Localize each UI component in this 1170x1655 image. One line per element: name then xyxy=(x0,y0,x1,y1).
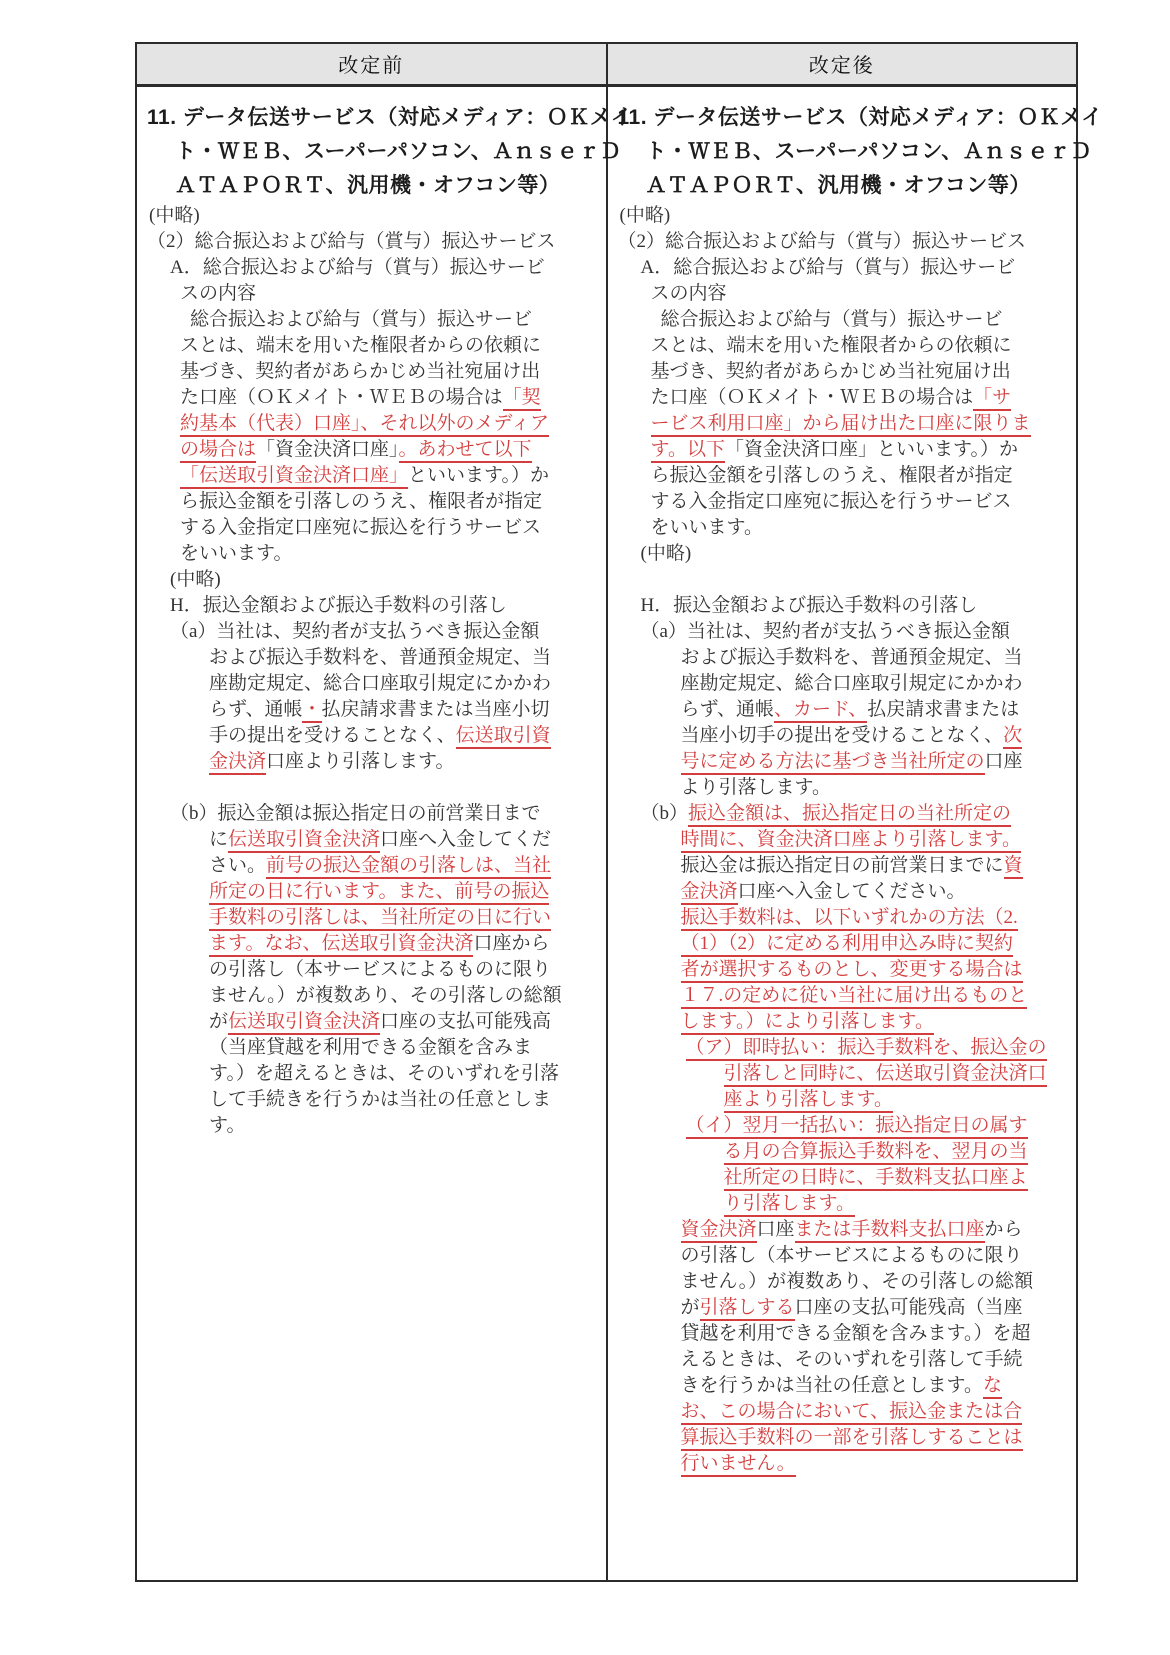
body-text: の引落し（本サービスによるものに限り xyxy=(681,1245,1023,1266)
body-text: えるときは、そのいずれを引落して手続 xyxy=(681,1349,1023,1370)
body-text: スの内容 xyxy=(180,283,256,304)
text-line: 引落しと同時に、伝送取引資金決済口 xyxy=(618,1061,1073,1087)
revision-marked-text: 前号の振込金額の引落しは、当社 xyxy=(266,855,551,879)
document-page: 改定前 改定後 11. データ伝送サービス（対応メディア：ＯＫメイト・ＷＥＢ、ス… xyxy=(0,0,1170,1655)
revision-marked-text: します。）により引落します。 xyxy=(681,1011,934,1035)
body-text: （当座貸越を利用できる金額を含みま xyxy=(209,1037,532,1058)
revision-marked-text: 伝送取引資金決済 xyxy=(228,1011,380,1035)
text-line: た口座（ＯＫメイト・ＷＥＢの場合は「サ xyxy=(618,385,1073,411)
text-line: 振込手数料は、以下いずれかの方法（2. xyxy=(618,905,1073,931)
body-text: 払戻請求書または当座小切 xyxy=(322,699,550,720)
text-line: の場合は「資金決済口座」。あわせて以下 xyxy=(147,437,602,463)
body-text: および振込手数料を、普通預金規定、当 xyxy=(209,647,551,668)
body-text: す。）を超えるときは、そのいずれを引落 xyxy=(209,1063,559,1084)
body-text: スとは、端末を用いた権限者からの依頼に xyxy=(651,335,1012,356)
text-line: 当座小切手の提出を受けることなく、次 xyxy=(618,723,1073,749)
text-line: す。以下「資金決済口座」といいます。）か xyxy=(618,437,1073,463)
revision-marked-text: る月の合算振込手数料を、翌月の当 xyxy=(724,1141,1028,1165)
revision-marked-text: 算振込手数料の一部を引落しすることは xyxy=(681,1427,1023,1451)
text-line: （2）総合振込および給与（賞与）振込サービス xyxy=(618,229,1073,255)
body-text: た口座（ＯＫメイト・ＷＥＢの場合は xyxy=(180,387,503,408)
text-line: ら振込金額を引落しのうえ、権限者が指定 xyxy=(618,463,1073,489)
section-heading-text: 11. xyxy=(147,106,183,129)
text-line: 11. データ伝送サービス（対応メディア：ＯＫメイ xyxy=(618,101,1073,135)
text-line: （b）振込金額は、振込指定日の当社所定の xyxy=(618,801,1073,827)
text-line: 約基本（代表）口座」、それ以外のメディア xyxy=(147,411,602,437)
text-line: （a）当社は、契約者が支払うべき振込金額 xyxy=(618,619,1073,645)
revision-marked-text: 金決済 xyxy=(209,751,266,775)
text-line: および振込手数料を、普通預金規定、当 xyxy=(618,645,1073,671)
text-line: ト・ＷＥＢ、スーパーパソコン、ＡｎｓｅｒＤ xyxy=(147,135,602,169)
body-text: スの内容 xyxy=(651,283,727,304)
section-heading-text: データ伝送サービス（対応メディア：ＯＫメイ xyxy=(183,106,632,129)
body-text: らず、通帳 xyxy=(681,699,774,720)
text-line: 時間に、資金決済口座より引落します。 xyxy=(618,827,1073,853)
revision-marked-text: 資 xyxy=(1004,855,1023,879)
text-line: （2）総合振込および給与（賞与）振込サービス xyxy=(147,229,602,255)
text-line: 座より引落します。 xyxy=(618,1087,1073,1113)
text-line: をいいます。 xyxy=(147,541,602,567)
text-line: 算振込手数料の一部を引落しすることは xyxy=(618,1425,1073,1451)
text-line: ません。）が複数あり、その引落しの総額 xyxy=(147,983,602,1009)
body-text: して手続きを行うかは当社の任意としま xyxy=(209,1089,551,1110)
section-heading-text: 11. xyxy=(618,106,654,129)
text-line: ます。なお、伝送取引資金決済口座から xyxy=(147,931,602,957)
body-text: から xyxy=(985,1219,1023,1240)
section-heading-text: ト・ＷＥＢ、スーパーパソコン、ＡｎｓｅｒＤ xyxy=(175,140,621,163)
body-text: 総合振込および給与（賞与）振込サービ xyxy=(661,309,1003,330)
text-line: 社所定の日時に、手数料支払口座よ xyxy=(618,1165,1073,1191)
body-text: 総合振込および給与（賞与）振込サービ xyxy=(190,309,532,330)
body-text: が xyxy=(209,1011,228,1032)
body-text: （2）総合振込および給与（賞与）振込サービス xyxy=(618,231,1027,252)
text-line: 手の提出を受けることなく、伝送取引資 xyxy=(147,723,602,749)
text-line: スとは、端末を用いた権限者からの依頼に xyxy=(618,333,1073,359)
text-line: をいいます。 xyxy=(618,515,1073,541)
body-text: (中略) xyxy=(620,205,671,226)
text-line: (中略) xyxy=(147,567,602,593)
revision-marked-text: 金決済 xyxy=(681,881,738,905)
body-text: らず、通帳 xyxy=(209,699,302,720)
text-line: が伝送取引資金決済口座の支払可能残高 xyxy=(147,1009,602,1035)
body-text: 基づき、契約者があらかじめ当社宛届け出 xyxy=(651,361,1011,382)
text-line: （当座貸越を利用できる金額を含みま xyxy=(147,1035,602,1061)
revision-marked-text: ・ xyxy=(302,699,321,723)
body-text: 口座へ入金してくだ xyxy=(380,829,551,850)
text-line: の引落し（本サービスによるものに限り xyxy=(618,1243,1073,1269)
text-line: H．振込金額および振込手数料の引落し xyxy=(618,593,1073,619)
body-text: A．総合振込および給与（賞与）振込サービ xyxy=(170,257,545,278)
revision-marked-text: な xyxy=(983,1375,1002,1399)
body-text: （a）当社は、契約者が支払うべき振込金額 xyxy=(170,621,539,642)
text-line: ＡＴＡＰＯＲＴ、汎用機・オフコン等） xyxy=(618,169,1073,203)
body-text: さい。 xyxy=(209,855,266,876)
text-line: より引落します。 xyxy=(618,775,1073,801)
revision-marked-text: 座より引落します。 xyxy=(724,1089,893,1113)
body-text: ません。）が複数あり、その引落しの総額 xyxy=(209,985,562,1006)
body-text: た口座（ＯＫメイト・ＷＥＢの場合は xyxy=(651,387,974,408)
section-heading-text: データ伝送サービス（対応メディア：ＯＫメイ xyxy=(653,106,1102,129)
body-text: 貸越を利用できる金額を含みます。）を超 xyxy=(681,1323,1031,1344)
text-line: きを行うかは当社の任意とします。な xyxy=(618,1373,1073,1399)
body-text: の引落し（本サービスによるものに限り xyxy=(209,959,551,980)
revision-marked-text: 社所定の日時に、手数料支払口座よ xyxy=(724,1167,1028,1191)
body-text: が xyxy=(681,1297,700,1318)
body-text: 口座の支払可能残高（当座 xyxy=(795,1297,1023,1318)
body-text: H．振込金額および振込手数料の引落し xyxy=(170,595,507,616)
revision-marked-text: 引落しと同時に、伝送取引資金決済口 xyxy=(724,1063,1047,1087)
text-line: ません。）が複数あり、その引落しの総額 xyxy=(618,1269,1073,1295)
body-text: スとは、端末を用いた権限者からの依頼に xyxy=(180,335,541,356)
revision-marked-text: 者が選択するものとし、変更する場合は xyxy=(681,959,1023,983)
body-text: 口座の支払可能残高 xyxy=(380,1011,551,1032)
text-line: る月の合算振込手数料を、翌月の当 xyxy=(618,1139,1073,1165)
text-line: 基づき、契約者があらかじめ当社宛届け出 xyxy=(618,359,1073,385)
text-line: 手数料の引落しは、当社所定の日に行い xyxy=(147,905,602,931)
text-line: 基づき、契約者があらかじめ当社宛届け出 xyxy=(147,359,602,385)
revision-comparison-table: 改定前 改定後 11. データ伝送サービス（対応メディア：ＯＫメイト・ＷＥＢ、ス… xyxy=(135,42,1078,1582)
text-line: ト・ＷＥＢ、スーパーパソコン、ＡｎｓｅｒＤ xyxy=(618,135,1073,169)
revision-marked-text: 「サ xyxy=(973,387,1011,411)
text-line: します。）により引落します。 xyxy=(618,1009,1073,1035)
revision-marked-text: 振込手数料は、以下いずれかの方法（2. xyxy=(681,907,1018,931)
text-line: １７.の定めに従い当社に届け出るものと xyxy=(618,983,1073,1009)
body-text: (中略) xyxy=(641,543,692,564)
text-line: り引落します。 xyxy=(618,1191,1073,1217)
body-text: 座勘定規定、総合口座取引規定にかかわ xyxy=(681,673,1023,694)
body-text: 口座から xyxy=(473,933,549,954)
text-line: の引落し（本サービスによるものに限り xyxy=(147,957,602,983)
revision-marked-text: 「契 xyxy=(503,387,541,411)
body-text: 座勘定規定、総合口座取引規定にかかわ xyxy=(209,673,551,694)
text-line: ＡＴＡＰＯＲＴ、汎用機・オフコン等） xyxy=(147,169,602,203)
section-heading-text: ト・ＷＥＢ、スーパーパソコン、ＡｎｓｅｒＤ xyxy=(646,140,1092,163)
body-text: きを行うかは当社の任意とします。 xyxy=(681,1375,983,1396)
revision-marked-text: 伝送取引資金決済 xyxy=(228,829,380,853)
text-line: さい。前号の振込金額の引落しは、当社 xyxy=(147,853,602,879)
body-text: （2）総合振込および給与（賞与）振込サービス xyxy=(147,231,556,252)
text-line: 総合振込および給与（賞与）振込サービ xyxy=(147,307,602,333)
text-line: （1）（2）に定める利用申込み時に契約 xyxy=(618,931,1073,957)
text-line: (中略) xyxy=(147,203,602,229)
column-header-after: 改定後 xyxy=(607,43,1078,85)
text-line: ら振込金額を引落しのうえ、権限者が指定 xyxy=(147,489,602,515)
revision-marked-text: （1）（2）に定める利用申込み時に契約 xyxy=(681,933,1014,957)
text-line: (中略) xyxy=(618,203,1073,229)
revision-marked-text: 次 xyxy=(1003,725,1022,749)
body-text: する入金指定口座宛に振込を行うサービス xyxy=(651,491,1012,512)
body-text: （b）振込金額は振込指定日の前営業日まで xyxy=(170,803,541,824)
body-text: H．振込金額および振込手数料の引落し xyxy=(641,595,978,616)
body-text: および振込手数料を、普通預金規定、当 xyxy=(681,647,1023,668)
text-line: ービス利用口座」から届け出た口座に限りま xyxy=(618,411,1073,437)
text-line: お、この場合において、振込金または合 xyxy=(618,1399,1073,1425)
text-line: して手続きを行うかは当社の任意としま xyxy=(147,1087,602,1113)
text-line: （ア）即時払い：振込手数料を、振込金の xyxy=(618,1035,1073,1061)
text-line: らず、通帳・払戻請求書または当座小切 xyxy=(147,697,602,723)
text-line: らず、通帳、カード、払戻請求書または xyxy=(618,697,1073,723)
revision-marked-text: 約基本（代表）口座」、それ以外のメディア xyxy=(180,413,549,437)
revision-marked-text: 「伝送取引資金決済口座」 xyxy=(180,465,408,489)
after-column-cell: 11. データ伝送サービス（対応メディア：ＯＫメイト・ＷＥＢ、スーパーパソコン、… xyxy=(607,85,1078,1581)
text-line: および振込手数料を、普通預金規定、当 xyxy=(147,645,602,671)
text-line: する入金指定口座宛に振込を行うサービス xyxy=(147,515,602,541)
body-text: (中略) xyxy=(170,569,221,590)
text-line: スの内容 xyxy=(147,281,602,307)
body-text: ません。）が複数あり、その引落しの総額 xyxy=(681,1271,1034,1292)
body-text: 「資金決済口座」 xyxy=(256,439,399,460)
text-line: スの内容 xyxy=(618,281,1073,307)
text-line: （b）振込金額は振込指定日の前営業日まで xyxy=(147,801,602,827)
text-line: 座勘定規定、総合口座取引規定にかかわ xyxy=(618,671,1073,697)
body-text: する入金指定口座宛に振込を行うサービス xyxy=(180,517,541,538)
text-line: た口座（ＯＫメイト・ＷＥＢの場合は「契 xyxy=(147,385,602,411)
body-text: 口座 xyxy=(757,1219,795,1240)
body-text: といいます。）か xyxy=(408,465,549,486)
text-line: 「伝送取引資金決済口座」といいます。）か xyxy=(147,463,602,489)
text-line: (中略) xyxy=(618,541,1073,567)
revision-marked-text: 行いません。 xyxy=(681,1453,796,1477)
section-heading-text: ＡＴＡＰＯＲＴ、汎用機・オフコン等） xyxy=(646,174,1031,197)
text-line: 号に定める方法に基づき当社所定の口座 xyxy=(618,749,1073,775)
revision-marked-text: ます。なお、伝送取引資金決済 xyxy=(209,933,473,957)
text-line: 総合振込および給与（賞与）振込サービ xyxy=(618,307,1073,333)
revision-marked-text: （ア）即時払い：振込手数料を、振込金の xyxy=(686,1037,1047,1061)
body-text: 基づき、契約者があらかじめ当社宛届け出 xyxy=(180,361,540,382)
text-line: 座勘定規定、総合口座取引規定にかかわ xyxy=(147,671,602,697)
body-text: より引落します。 xyxy=(681,777,831,798)
revision-marked-text: 号に定める方法に基づき当社所定の xyxy=(681,751,985,775)
revision-marked-text: 振込金額は、振込指定日の当社所定の xyxy=(688,803,1011,827)
revision-marked-text: 資金決済 xyxy=(681,1219,757,1243)
body-text: A．総合振込および給与（賞与）振込サービ xyxy=(641,257,1016,278)
revision-marked-text: の場合は xyxy=(180,439,256,463)
text-line: 所定の日に行います。また、前号の振込 xyxy=(147,879,602,905)
revision-marked-text: 。あわせて以下 xyxy=(399,439,532,463)
revision-marked-text: 時間に、資金決済口座より引落します。 xyxy=(681,829,1021,853)
body-text: 口座 xyxy=(985,751,1023,772)
text-line: 金決済口座より引落します。 xyxy=(147,749,602,775)
table-header-row: 改定前 改定後 xyxy=(136,43,1077,85)
section-heading-text: ＡＴＡＰＯＲＴ、汎用機・オフコン等） xyxy=(175,174,560,197)
revision-marked-text: り引落します。 xyxy=(724,1193,855,1217)
revision-marked-text: 伝送取引資 xyxy=(456,725,551,749)
body-text: 口座へ入金してください。 xyxy=(738,881,966,902)
body-text: 払戻請求書または xyxy=(867,699,1019,720)
text-line: A．総合振込および給与（賞与）振込サービ xyxy=(147,255,602,281)
body-text: 「資金決済口座」といいます。）か xyxy=(725,439,1018,460)
body-text: （b） xyxy=(641,803,689,824)
text-line: 者が選択するものとし、変更する場合は xyxy=(618,957,1073,983)
body-text: す。 xyxy=(209,1115,245,1136)
revision-marked-text: ービス利用口座」から届け出た口座に限りま xyxy=(651,413,1031,437)
text-line: スとは、端末を用いた権限者からの依頼に xyxy=(147,333,602,359)
text-line: が引落しする口座の支払可能残高（当座 xyxy=(618,1295,1073,1321)
revision-marked-text: （イ）翌月一括払い：振込指定日の属す xyxy=(686,1115,1028,1139)
body-text: をいいます。 xyxy=(180,543,292,564)
text-line: に伝送取引資金決済口座へ入金してくだ xyxy=(147,827,602,853)
body-text: (中略) xyxy=(149,205,200,226)
body-text: をいいます。 xyxy=(651,517,763,538)
text-line: 金決済口座へ入金してください。 xyxy=(618,879,1073,905)
body-text: 振込金は振込指定日の前営業日までに xyxy=(681,855,1004,876)
revision-marked-text: 、カード、 xyxy=(774,699,867,723)
text-line: えるときは、そのいずれを引落して手続 xyxy=(618,1347,1073,1373)
body-text: 当座小切手の提出を受けることなく、 xyxy=(681,725,1004,746)
revision-marked-text: 所定の日に行います。また、前号の振込 xyxy=(209,881,549,905)
text-line: す。 xyxy=(147,1113,602,1139)
text-line: 振込金は振込指定日の前営業日までに資 xyxy=(618,853,1073,879)
body-text: （a）当社は、契約者が支払うべき振込金額 xyxy=(641,621,1010,642)
body-text: 口座より引落します。 xyxy=(266,751,454,772)
text-line: A．総合振込および給与（賞与）振込サービ xyxy=(618,255,1073,281)
text-line: H．振込金額および振込手数料の引落し xyxy=(147,593,602,619)
revision-marked-text: １７.の定めに従い当社に届け出るものと xyxy=(681,985,1028,1009)
body-text: 手の提出を受けることなく、 xyxy=(209,725,456,746)
text-line: （イ）翌月一括払い：振込指定日の属す xyxy=(618,1113,1073,1139)
body-text: ら振込金額を引落しのうえ、権限者が指定 xyxy=(180,491,542,512)
revision-marked-text: お、この場合において、振込金または合 xyxy=(681,1401,1023,1425)
text-line: す。）を超えるときは、そのいずれを引落 xyxy=(147,1061,602,1087)
revision-marked-text: または手数料支払口座 xyxy=(795,1219,985,1243)
text-line: 貸越を利用できる金額を含みます。）を超 xyxy=(618,1321,1073,1347)
body-text: ら振込金額を引落しのうえ、権限者が指定 xyxy=(651,465,1013,486)
text-line: 11. データ伝送サービス（対応メディア：ＯＫメイ xyxy=(147,101,602,135)
text-line: 行いません。 xyxy=(618,1451,1073,1477)
revision-marked-text: 引落しする xyxy=(700,1297,795,1321)
revision-marked-text: す。以下 xyxy=(651,439,725,463)
column-header-before: 改定前 xyxy=(136,43,607,85)
text-line: （a）当社は、契約者が支払うべき振込金額 xyxy=(147,619,602,645)
text-line: 資金決済口座または手数料支払口座から xyxy=(618,1217,1073,1243)
text-line: する入金指定口座宛に振込を行うサービス xyxy=(618,489,1073,515)
revision-marked-text: 手数料の引落しは、当社所定の日に行い xyxy=(209,907,551,931)
body-text: に xyxy=(209,829,228,850)
before-column-cell: 11. データ伝送サービス（対応メディア：ＯＫメイト・ＷＥＢ、スーパーパソコン、… xyxy=(136,85,607,1581)
